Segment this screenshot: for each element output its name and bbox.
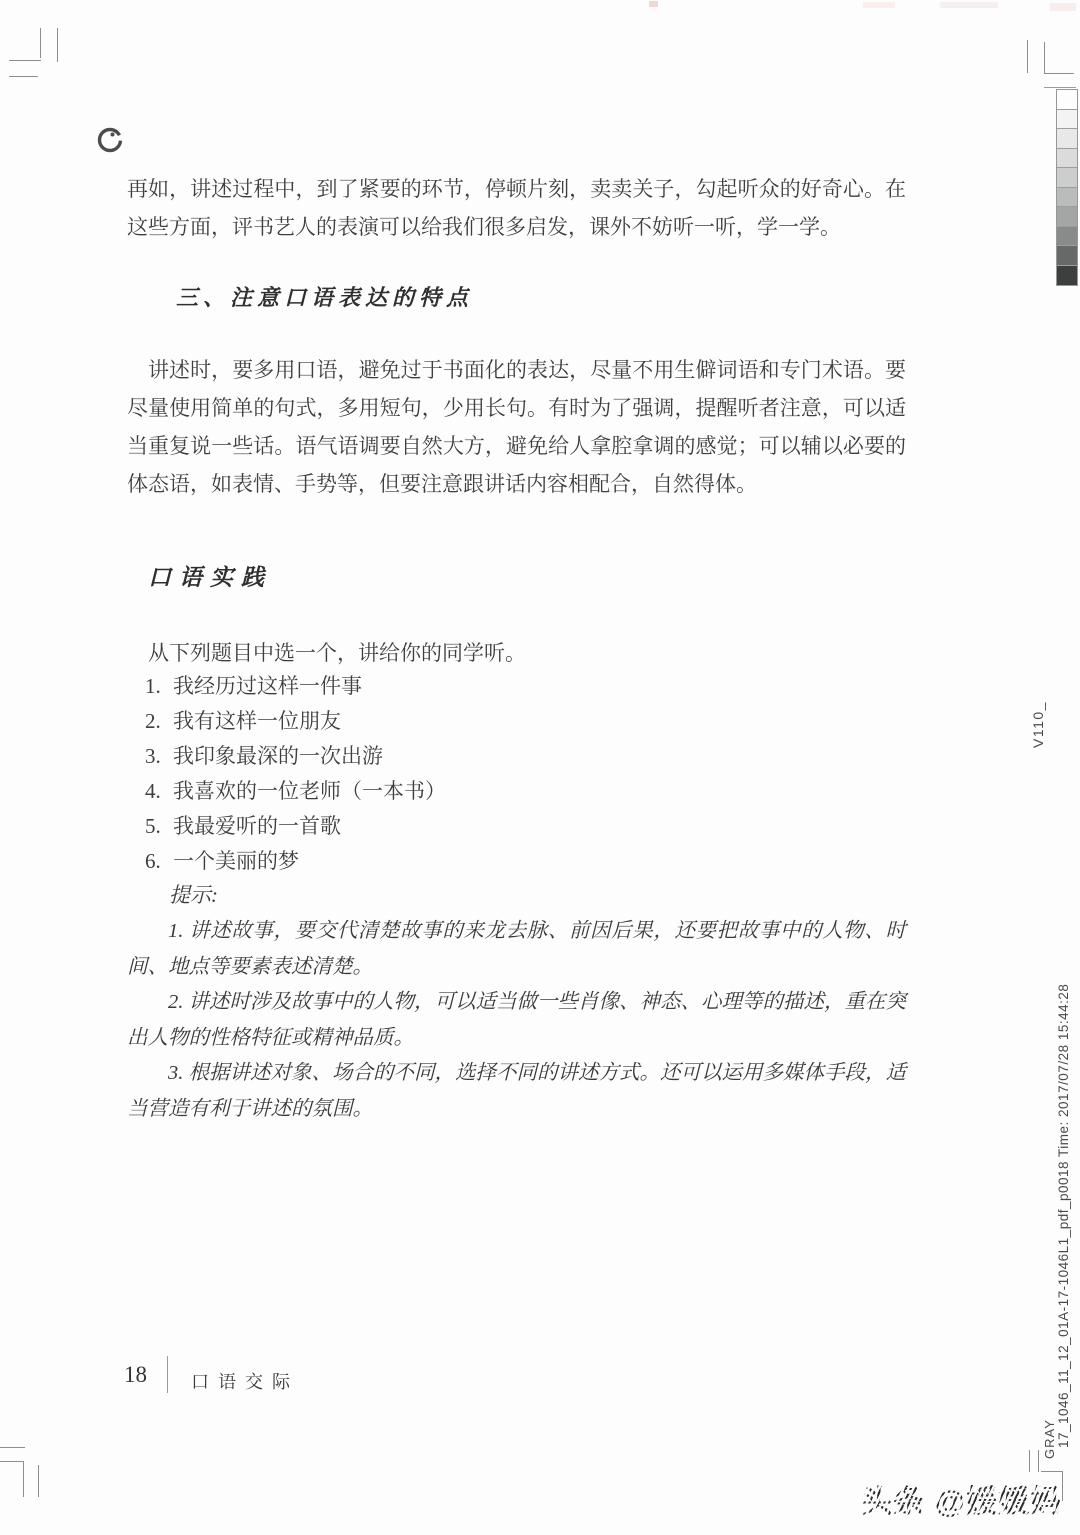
print-file-meta-vertical-text: 17_1046_11_12_01A-17-1046L1_pdf_p0018 Ti… bbox=[1056, 984, 1071, 1448]
registration-mark bbox=[1044, 73, 1074, 74]
gray-label-vertical-text: GRAY bbox=[1042, 1419, 1057, 1459]
watermark-text: 头条 @媛媛妈 bbox=[861, 1476, 1062, 1521]
wedge-top-line bbox=[1044, 87, 1076, 88]
grayscale-wedge bbox=[1056, 89, 1078, 286]
topic-number: 1. bbox=[145, 669, 173, 704]
list-item: 5. 我最爱听的一首歌 bbox=[145, 809, 865, 844]
registration-mark bbox=[57, 28, 58, 62]
paragraph-continuation: 再如，讲述过程中，到了紧要的环节，停顿片刻，卖卖关子，勾起听众的好奇心。在这些方… bbox=[127, 170, 906, 246]
grayscale-step bbox=[1057, 227, 1077, 247]
section-heading: 三、注意口语表达的特点 bbox=[176, 282, 473, 314]
registration-mark bbox=[1027, 40, 1028, 73]
grayscale-step bbox=[1057, 110, 1077, 130]
hint-label: 提示: bbox=[169, 879, 218, 911]
list-item: 6. 一个美丽的梦 bbox=[145, 844, 865, 879]
list-item: 4. 我喜欢的一位老师（一本书） bbox=[145, 774, 865, 809]
registration-mark bbox=[1041, 1471, 1063, 1472]
topic-text: 我经历过这样一件事 bbox=[173, 669, 362, 704]
registration-mark bbox=[0, 1461, 24, 1462]
topic-text: 我喜欢的一位老师（一本书） bbox=[173, 774, 446, 809]
grayscale-step bbox=[1057, 207, 1077, 227]
hint-paragraph: 3. 根据讲述对象、场合的不同，选择不同的讲述方式。还可以运用多媒体手段，适当营… bbox=[127, 1056, 906, 1127]
grayscale-step bbox=[1057, 168, 1077, 188]
topic-text: 我有这样一位朋友 bbox=[173, 704, 341, 739]
registration-mark bbox=[1062, 1471, 1063, 1501]
footer-section-title: 口语交际 bbox=[191, 1368, 299, 1394]
registration-mark bbox=[23, 1461, 24, 1497]
topic-text: 一个美丽的梦 bbox=[173, 844, 299, 879]
e-mark-icon bbox=[96, 125, 126, 155]
registration-mark bbox=[0, 1447, 25, 1448]
grayscale-step bbox=[1057, 266, 1077, 286]
hint-list: 1. 讲述故事，要交代清楚故事的来龙去脉、前因后果，还要把故事中的人物、时间、地… bbox=[127, 914, 906, 1127]
practice-intro: 从下列题目中选一个，讲给你的同学听。 bbox=[127, 636, 906, 670]
color-control-fleck bbox=[863, 2, 895, 8]
section-body-paragraph: 讲述时，要多用口语，避免过于书面化的表达，尽量不用生僻词语和专门术语。要尽量使用… bbox=[127, 351, 906, 503]
textbook-page: 再如，讲述过程中，到了紧要的环节，停顿片刻，卖卖关子，勾起听众的好奇心。在这些方… bbox=[0, 0, 1080, 1535]
topic-number: 6. bbox=[145, 844, 173, 879]
color-control-fleck bbox=[649, 1, 658, 7]
grayscale-step bbox=[1057, 149, 1077, 169]
color-control-fleck bbox=[1050, 3, 1076, 11]
registration-mark bbox=[1029, 1450, 1030, 1472]
grayscale-step bbox=[1057, 129, 1077, 149]
list-item: 2. 我有这样一位朋友 bbox=[145, 704, 865, 739]
footer-divider bbox=[167, 1356, 168, 1393]
topic-number: 4. bbox=[145, 774, 173, 809]
page-number: 18 bbox=[124, 1362, 147, 1388]
hint-paragraph: 2. 讲述时涉及故事中的人物，可以适当做一些肖像、神态、心理等的描述，重在突出人… bbox=[127, 985, 906, 1056]
version-code-vertical-text: V110_ bbox=[1030, 701, 1046, 748]
topic-text: 我最爱听的一首歌 bbox=[173, 809, 341, 844]
hint-paragraph: 1. 讲述故事，要交代清楚故事的来龙去脉、前因后果，还要把故事中的人物、时间、地… bbox=[127, 914, 906, 985]
registration-mark bbox=[1038, 1450, 1039, 1472]
grayscale-step bbox=[1057, 90, 1077, 110]
color-control-fleck bbox=[940, 2, 998, 8]
list-item: 1. 我经历过这样一件事 bbox=[145, 669, 865, 704]
practice-heading: 口语实践 bbox=[148, 562, 272, 594]
topic-number: 2. bbox=[145, 704, 173, 739]
list-item: 3. 我印象最深的一次出游 bbox=[145, 739, 865, 774]
registration-mark bbox=[40, 28, 41, 58]
topic-list: 1. 我经历过这样一件事 2. 我有这样一位朋友 3. 我印象最深的一次出游 4… bbox=[145, 669, 865, 879]
topic-text: 我印象最深的一次出游 bbox=[173, 739, 383, 774]
grayscale-step bbox=[1057, 246, 1077, 266]
grayscale-step bbox=[1057, 188, 1077, 208]
registration-mark bbox=[9, 60, 41, 61]
registration-mark bbox=[38, 1465, 39, 1497]
registration-mark bbox=[9, 76, 38, 77]
topic-number: 5. bbox=[145, 809, 173, 844]
topic-number: 3. bbox=[145, 739, 173, 774]
registration-mark bbox=[1044, 42, 1045, 74]
